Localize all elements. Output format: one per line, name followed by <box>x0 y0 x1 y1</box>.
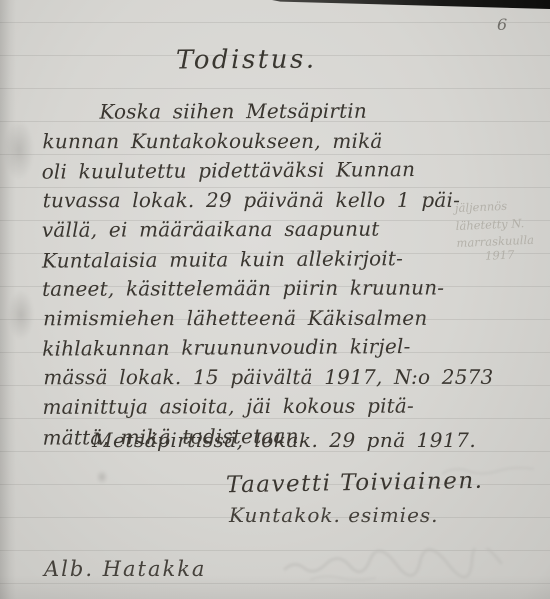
body-line: nimismiehen lähetteenä Käkisalmen <box>43 303 518 333</box>
scanned-document-page: 6 Todistus. Koska siihen Metsäpirtin kun… <box>0 0 550 599</box>
body-line: taneet, käsittelemään piirin kruunun- <box>42 273 517 304</box>
document-title: Todistus. <box>176 45 317 76</box>
signature-name: Taavetti Toiviainen. <box>226 468 484 498</box>
body-line: kunnan Kuntakokoukseen, mikä <box>43 126 518 156</box>
body-line: mainittuja asioita, jäi kokous pitä- <box>42 391 517 422</box>
body-line: vällä, ei määräaikana saapunut <box>42 214 517 245</box>
body-line: oli kuulutettu pidettäväksi Kunnan <box>42 154 517 187</box>
left-edge-shadow <box>0 0 16 599</box>
signature-role: Kuntakok. esimies. <box>229 503 439 527</box>
body-line: kihlakunnan kruununvoudin kirjel- <box>42 331 517 364</box>
pencil-margin-note: jäljennös lähetetty N. marraskuulla 1917 <box>455 194 550 266</box>
cosigner-signature: Alb. Hatakka <box>44 557 206 581</box>
body-line: Kuntalaisia muita kuin allekirjoit- <box>42 243 517 276</box>
page-number: 6 <box>497 15 508 34</box>
body-line: mässä lokak. 15 päivältä 1917, N:o 2573 <box>43 362 518 392</box>
body-line: tuvassa lokak. 29 päivänä kello 1 päi- <box>43 185 518 215</box>
place-date-line: Metsäpirtissä, lokak. 29 pnä 1917. <box>92 428 476 452</box>
body-line: Koska siihen Metsäpirtin <box>41 96 516 127</box>
handwritten-body-text: Koska siihen Metsäpirtin kunnan Kuntakok… <box>41 96 517 452</box>
